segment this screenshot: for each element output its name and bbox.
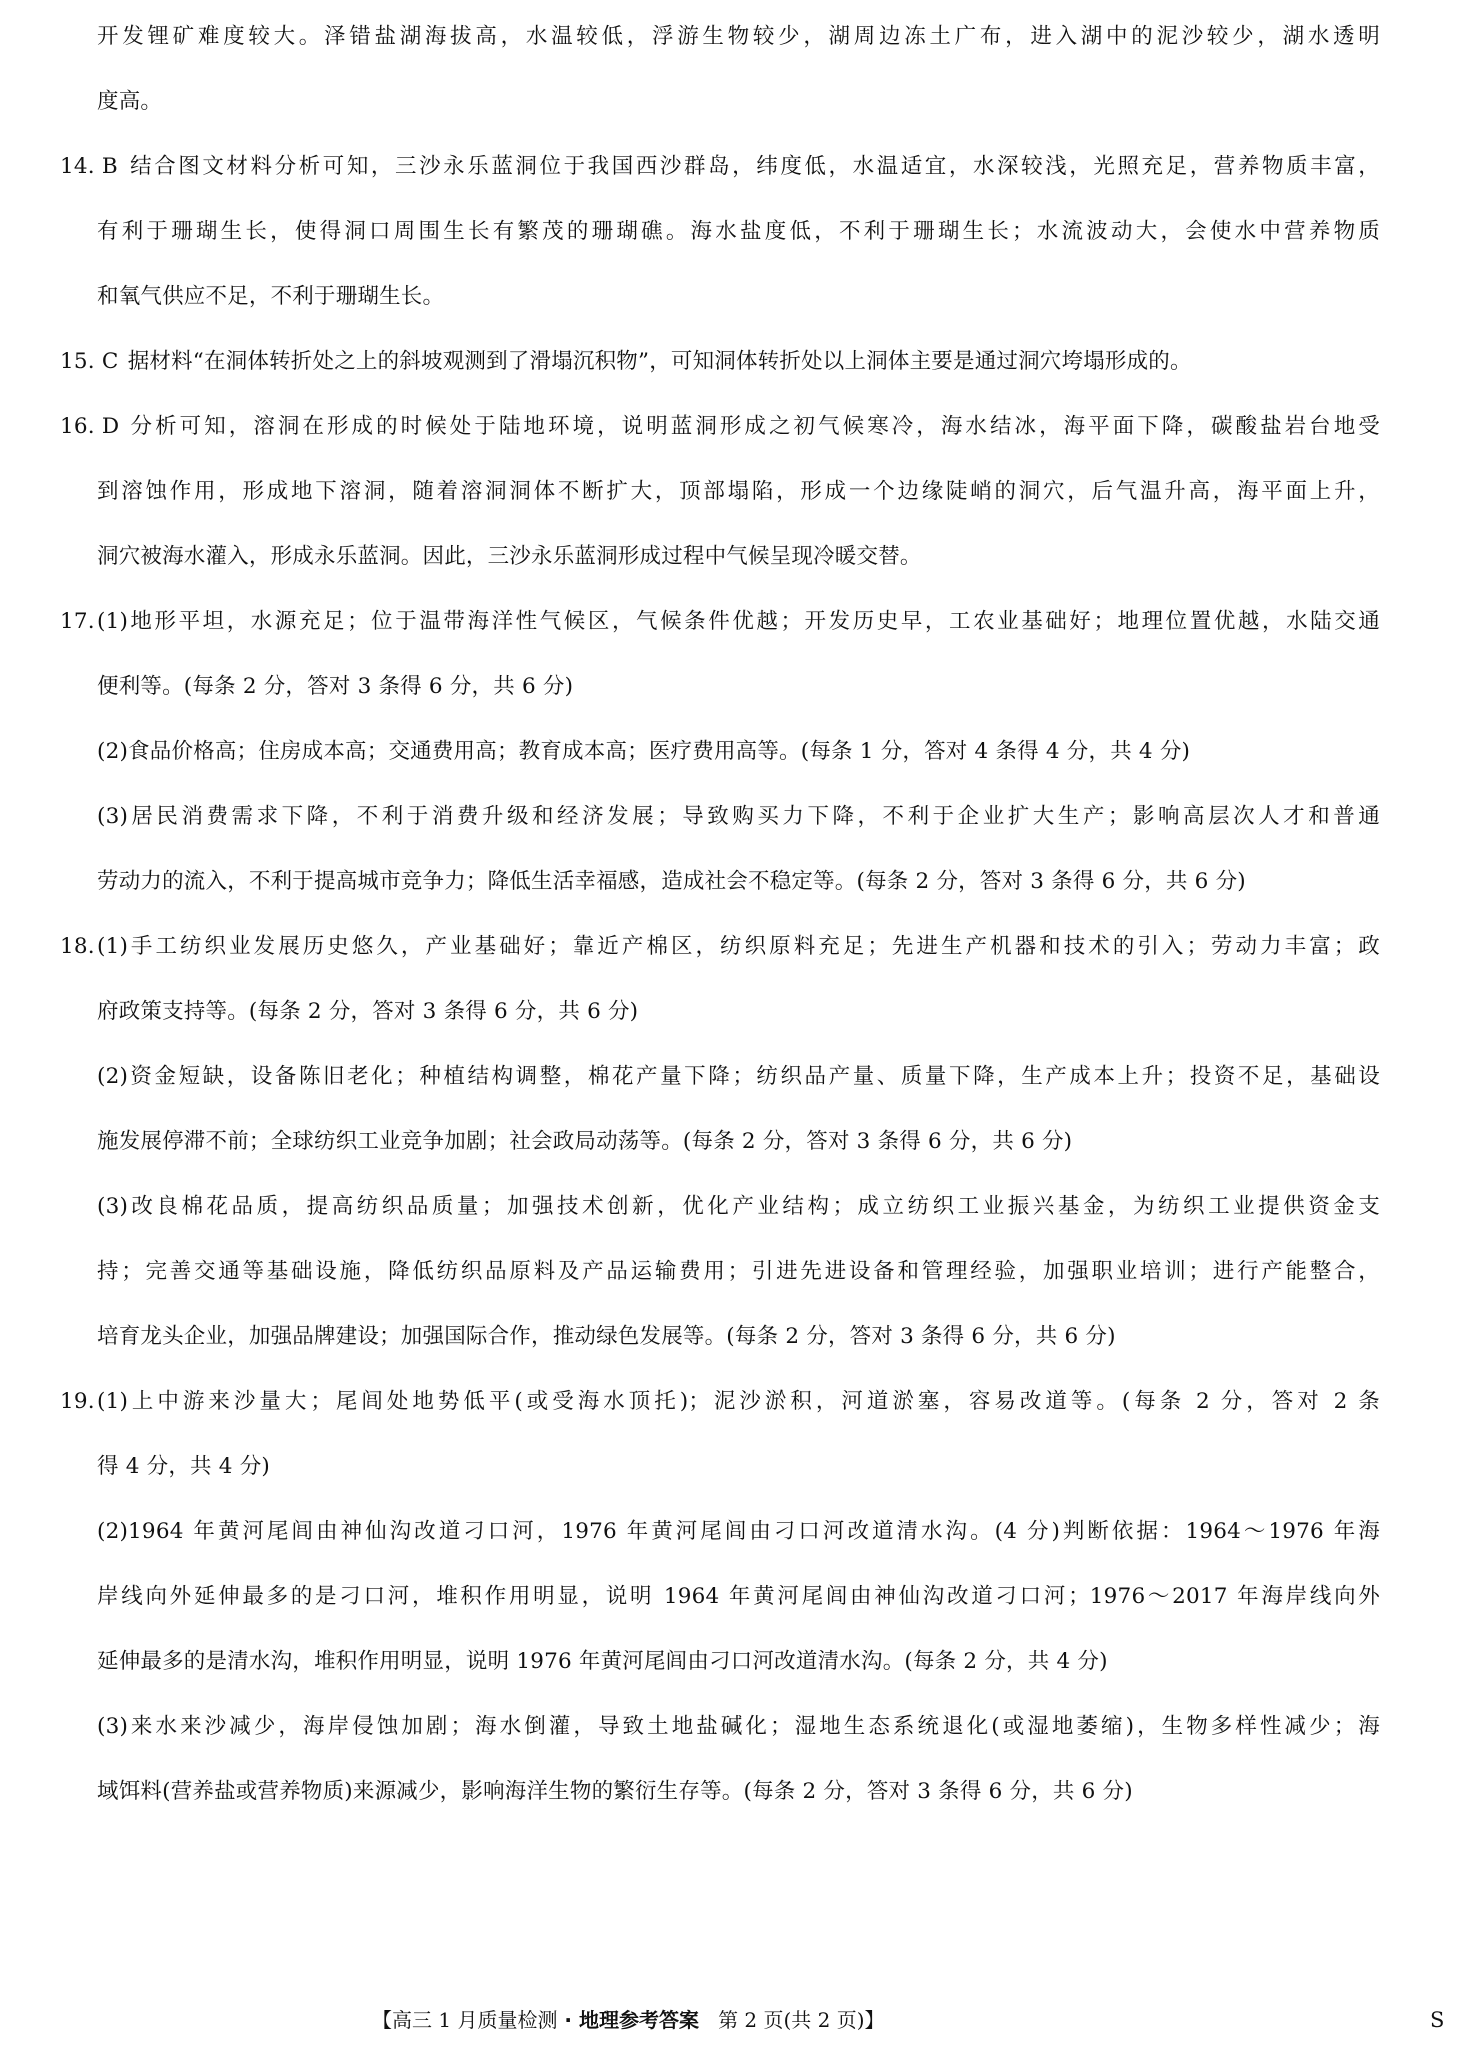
- answer-text-line: 延伸最多的是清水沟，堆积作用明显，说明 1976 年黄河尾闾由刁口河改道清水沟。…: [97, 1647, 1108, 1677]
- line-text: 岸线向外延伸最多的是刁口河，堆积作用明显，说明 1964 年黄河尾闾由神仙沟改道…: [97, 1584, 1380, 1609]
- line-text: (1)地形平坦，水源充足；位于温带海洋性气候区，气候条件优越；开发历史早，工农业…: [97, 609, 1380, 634]
- line-text: (1)手工纺织业发展历史悠久，产业基础好；靠近产棉区，纺织原料充足；先进生产机器…: [97, 934, 1380, 959]
- line-text: 延伸最多的是清水沟，堆积作用明显，说明 1976 年黄河尾闾由刁口河改道清水沟。…: [97, 1649, 1108, 1674]
- line-text: 和氧气供应不足，不利于珊瑚生长。: [97, 284, 444, 309]
- line-text: 培育龙头企业，加强品牌建设；加强国际合作，推动绿色发展等。(每条 2 分，答对 …: [97, 1324, 1116, 1349]
- footer-page-info: 第 2 页(共 2 页): [718, 2008, 864, 2032]
- question-number: 15. C: [60, 347, 106, 377]
- footer-separator: ·: [557, 2008, 579, 2032]
- answer-text-line: 到溶蚀作用，形成地下溶洞，随着溶洞洞体不断扩大，顶部塌陷，形成一个边缘陡峭的洞穴…: [97, 477, 1380, 507]
- footer-exam-name: 高三 1 月质量检测: [392, 2008, 557, 2032]
- answer-text-line: 培育龙头企业，加强品牌建设；加强国际合作，推动绿色发展等。(每条 2 分，答对 …: [97, 1322, 1116, 1352]
- answer-text-line: 劳动力的流入，不利于提高城市竞争力；降低生活幸福感，造成社会不稳定等。(每条 2…: [97, 867, 1246, 897]
- question-answer-line: 18.(1)手工纺织业发展历史悠久，产业基础好；靠近产棉区，纺织原料充足；先进生…: [60, 932, 1380, 962]
- line-text: 施发展停滞不前；全球纺织工业竞争加剧；社会政局动荡等。(每条 2 分，答对 3 …: [97, 1129, 1072, 1154]
- line-text: 便利等。(每条 2 分，答对 3 条得 6 分，共 6 分): [97, 674, 573, 699]
- line-text: (3)居民消费需求下降，不利于消费升级和经济发展；导致购买力下降，不利于企业扩大…: [97, 804, 1380, 829]
- question-answer-line: 14. B 结合图文材料分析可知，三沙永乐蓝洞位于我国西沙群岛，纬度低，水温适宜…: [60, 152, 1380, 182]
- line-text: 洞穴被海水灌入，形成永乐蓝洞。因此，三沙永乐蓝洞形成过程中气候呈现冷暖交替。: [97, 544, 922, 569]
- question-answer-line: 15. C 据材料“在洞体转折处之上的斜坡观测到了滑塌沉积物”，可知洞体转折处以…: [60, 347, 1192, 377]
- line-text: 得 4 分，共 4 分): [97, 1454, 270, 1479]
- line-text: (2)资金短缺，设备陈旧老化；种植结构调整，棉花产量下降；纺织品产量、质量下降，…: [97, 1064, 1380, 1089]
- question-number: 18.: [60, 932, 97, 962]
- answer-text-line: 府政策支持等。(每条 2 分，答对 3 条得 6 分，共 6 分): [97, 997, 638, 1027]
- question-answer-line: 19.(1)上中游来沙量大；尾闾处地势低平(或受海水顶托)；泥沙淤积，河道淤塞，…: [60, 1387, 1380, 1417]
- answer-text-line: 得 4 分，共 4 分): [97, 1452, 270, 1482]
- footer-bracket-open: 【: [372, 2008, 392, 2032]
- answer-key-page: 开发锂矿难度较大。泽错盐湖海拔高，水温较低，浮游生物较少，湖周边冻土广布，进入湖…: [0, 0, 1459, 2048]
- line-text: 府政策支持等。(每条 2 分，答对 3 条得 6 分，共 6 分): [97, 999, 638, 1024]
- answer-text-line: 有利于珊瑚生长，使得洞口周围生长有繁茂的珊瑚礁。海水盐度低，不利于珊瑚生长；水流…: [97, 217, 1380, 247]
- answer-text-line: 开发锂矿难度较大。泽错盐湖海拔高，水温较低，浮游生物较少，湖周边冻土广布，进入湖…: [97, 22, 1380, 52]
- answer-text-line: 洞穴被海水灌入，形成永乐蓝洞。因此，三沙永乐蓝洞形成过程中气候呈现冷暖交替。: [97, 542, 922, 572]
- question-answer-line: 16. D 分析可知，溶洞在形成的时候处于陆地环境，说明蓝洞形成之初气候寒冷，海…: [60, 412, 1380, 442]
- line-text: (1)上中游来沙量大；尾闾处地势低平(或受海水顶托)；泥沙淤积，河道淤塞，容易改…: [97, 1389, 1380, 1414]
- footer-code: S: [1430, 2006, 1444, 2034]
- answer-text-line: 域饵料(营养盐或营养物质)来源减少，影响海洋生物的繁衍生存等。(每条 2 分，答…: [97, 1777, 1133, 1807]
- answer-text-line: 施发展停滞不前；全球纺织工业竞争加剧；社会政局动荡等。(每条 2 分，答对 3 …: [97, 1127, 1072, 1157]
- answer-text-line: (2)资金短缺，设备陈旧老化；种植结构调整，棉花产量下降；纺织品产量、质量下降，…: [97, 1062, 1380, 1092]
- answer-text-line: 岸线向外延伸最多的是刁口河，堆积作用明显，说明 1964 年黄河尾闾由神仙沟改道…: [97, 1582, 1380, 1612]
- line-text: 分析可知，溶洞在形成的时候处于陆地环境，说明蓝洞形成之初气候寒冷，海水结冰，海平…: [128, 414, 1380, 439]
- line-text: 有利于珊瑚生长，使得洞口周围生长有繁茂的珊瑚礁。海水盐度低，不利于珊瑚生长；水流…: [97, 219, 1380, 244]
- line-text: (3)改良棉花品质，提高纺织品质量；加强技术创新，优化产业结构；成立纺织工业振兴…: [97, 1194, 1380, 1219]
- line-text: (2)1964 年黄河尾闾由神仙沟改道刁口河，1976 年黄河尾闾由刁口河改道清…: [97, 1519, 1380, 1544]
- answer-text-line: (3)居民消费需求下降，不利于消费升级和经济发展；导致购买力下降，不利于企业扩大…: [97, 802, 1380, 832]
- answer-text-line: (2)1964 年黄河尾闾由神仙沟改道刁口河，1976 年黄河尾闾由刁口河改道清…: [97, 1517, 1380, 1547]
- question-number: 17.: [60, 607, 97, 637]
- line-text: 劳动力的流入，不利于提高城市竞争力；降低生活幸福感，造成社会不稳定等。(每条 2…: [97, 869, 1246, 894]
- answer-text-line: (3)来水来沙减少，海岸侵蚀加剧；海水倒灌，导致土地盐碱化；湿地生态系统退化(或…: [97, 1712, 1380, 1742]
- answer-text-line: (2)食品价格高；住房成本高；交通费用高；教育成本高；医疗费用高等。(每条 1 …: [97, 737, 1190, 767]
- line-text: (3)来水来沙减少，海岸侵蚀加剧；海水倒灌，导致土地盐碱化；湿地生态系统退化(或…: [97, 1714, 1380, 1739]
- question-answer-line: 17.(1)地形平坦，水源充足；位于温带海洋性气候区，气候条件优越；开发历史早，…: [60, 607, 1380, 637]
- answer-text-line: 持；完善交通等基础设施，降低纺织品原料及产品运输费用；引进先进设备和管理经验，加…: [97, 1257, 1380, 1287]
- question-number: 16. D: [60, 412, 106, 442]
- answer-text-line: 和氧气供应不足，不利于珊瑚生长。: [97, 282, 444, 312]
- footer-bracket-close: 】: [865, 2008, 885, 2032]
- line-text: 据材料“在洞体转折处之上的斜坡观测到了滑塌沉积物”，可知洞体转折处以上洞体主要是…: [128, 349, 1192, 374]
- answer-text-line: (3)改良棉花品质，提高纺织品质量；加强技术创新，优化产业结构；成立纺织工业振兴…: [97, 1192, 1380, 1222]
- line-text: 持；完善交通等基础设施，降低纺织品原料及产品运输费用；引进先进设备和管理经验，加…: [97, 1259, 1380, 1284]
- answer-text-line: 便利等。(每条 2 分，答对 3 条得 6 分，共 6 分): [97, 672, 573, 702]
- question-number: 19.: [60, 1387, 97, 1417]
- line-text: 到溶蚀作用，形成地下溶洞，随着溶洞洞体不断扩大，顶部塌陷，形成一个边缘陡峭的洞穴…: [97, 479, 1380, 504]
- line-text: 开发锂矿难度较大。泽错盐湖海拔高，水温较低，浮游生物较少，湖周边冻土广布，进入湖…: [97, 24, 1380, 49]
- answer-text-line: 度高。: [97, 87, 162, 117]
- footer-subject: 地理参考答案: [579, 2008, 699, 2032]
- line-text: 结合图文材料分析可知，三沙永乐蓝洞位于我国西沙群岛，纬度低，水温适宜，水深较浅，…: [128, 154, 1380, 179]
- line-text: 度高。: [97, 89, 162, 114]
- page-footer: 【高三 1 月质量检测 · 地理参考答案 第 2 页(共 2 页)】: [372, 2006, 885, 2034]
- question-number: 14. B: [60, 152, 106, 182]
- line-text: (2)食品价格高；住房成本高；交通费用高；教育成本高；医疗费用高等。(每条 1 …: [97, 739, 1190, 764]
- line-text: 域饵料(营养盐或营养物质)来源减少，影响海洋生物的繁衍生存等。(每条 2 分，答…: [97, 1779, 1133, 1804]
